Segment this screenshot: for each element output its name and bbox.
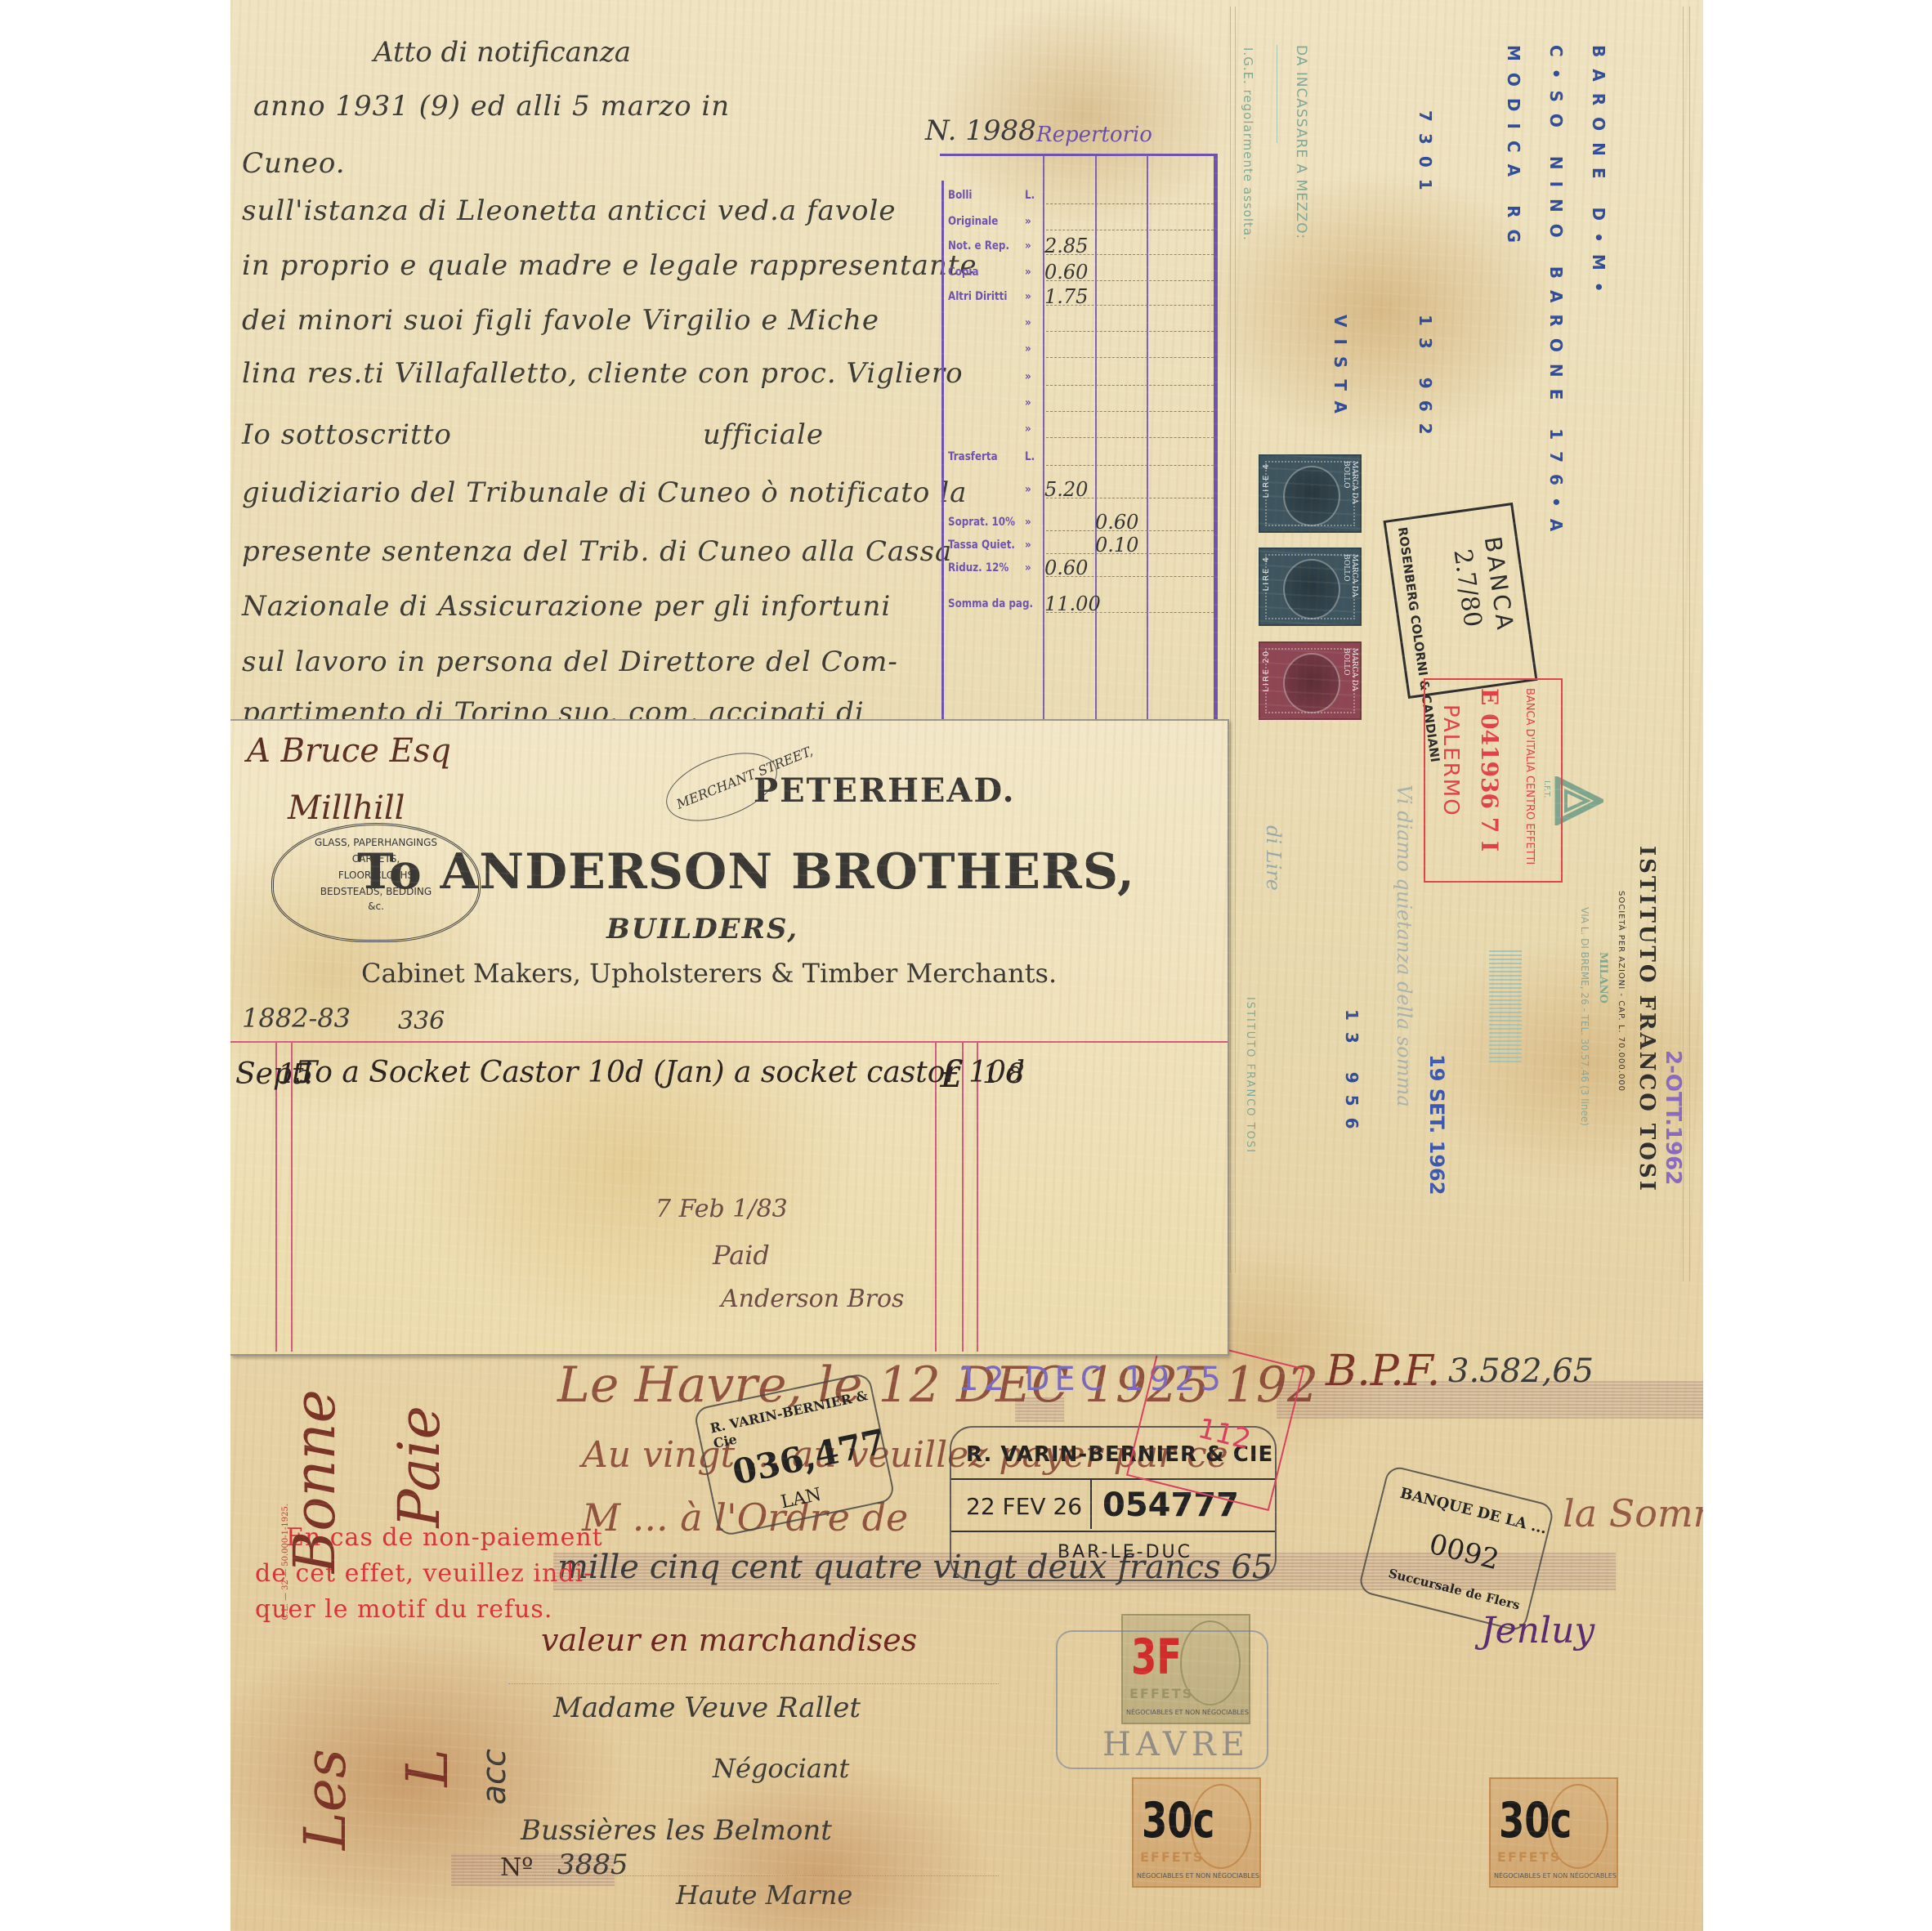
issuer-address: VIA L. DI BREME, 26 - TEL. 30.57.46 (3 l… [1579, 907, 1590, 1126]
bank-stamp: ROSENBERG COLORNI & CANDIANI 2.7/80 BANC… [1383, 503, 1537, 699]
document-collage: Atto di notificanza anno 1931 (9) ed all… [230, 0, 1703, 1931]
cheque-script: di Lire [1262, 825, 1285, 891]
receipt-signature: Anderson Bros [721, 1285, 904, 1313]
fiscal-stamp: 30cEFFETSNÉGOCIABLES ET NON NÉGOCIABLES [1489, 1777, 1618, 1888]
script-flourish: acc [476, 1749, 513, 1805]
letter-line: Cuneo. [242, 147, 346, 180]
letter-line: giudiziario del Tribunale di Cuneo ò not… [242, 476, 967, 509]
entry-currency: £ [940, 1052, 964, 1096]
firm-trade: BUILDERS, [606, 913, 798, 945]
fiscal-stamp: 30cEFFETSNÉGOCIABLES ET NON NÉGOCIABLES [1132, 1777, 1261, 1888]
repertorio-row-unit: » [1025, 342, 1031, 355]
repertorio-row-unit: » [1025, 422, 1031, 436]
letter-line: in proprio e quale madre e legale rappre… [242, 249, 977, 282]
repertorio-row-label: Originale [948, 215, 998, 228]
repertorio-form: N. 1988 Repertorio BolliL.Originale»Not.… [940, 147, 1223, 719]
letter-line: anno 1931 (9) ed alli 5 marzo in [253, 90, 730, 123]
script-flourish: Les [292, 1749, 359, 1850]
payee-line: C•SO NINO BARONE 176•A [1546, 45, 1566, 543]
red-stamp-top: BANCA D'ITALIA CENTRO EFFETTI [1523, 688, 1536, 865]
repertorio-row-unit: » [1025, 396, 1031, 409]
issuer-city: MILANO [1597, 952, 1609, 1003]
amount-label: B.P.F. [1326, 1347, 1440, 1396]
repertorio-number: N. 1988 [925, 114, 1036, 147]
repertorio-row-label: Trasferta [948, 450, 998, 463]
red-stamp-code: E 041936 7 I [1476, 688, 1503, 852]
letter-line: presente sentenza del Trib. di Cuneo all… [242, 535, 952, 568]
repertorio-row-unit: » [1025, 290, 1031, 303]
letter-line: lina res.ti Villafalletto, cliente con p… [242, 357, 964, 390]
payee-line: MODICA RG [1504, 45, 1523, 254]
vista-label: VISTA [1330, 315, 1350, 425]
repertorio-row-unit: » [1025, 266, 1031, 279]
portrait-icon [1283, 653, 1340, 713]
issuer-name: ISTITUTO FRANCO TOSI [1635, 846, 1659, 1193]
repertorio-row-unit: » [1025, 370, 1031, 383]
issuer-footer: ISTITUTO FRANCO TOSI [1244, 997, 1256, 1154]
drawee-town: Bussières les Belmont [521, 1814, 832, 1847]
signature: Jenluy [1481, 1610, 1594, 1652]
invoice-year: 1882-83 [242, 1003, 351, 1034]
effet-line: la Somme [1563, 1491, 1703, 1535]
repertorio-row-value: 0.10 [1095, 534, 1138, 557]
repertorio-row-unit: » [1025, 239, 1031, 253]
banque-stamp: BANQUE DE LA ... 0092 Succursale de Fler… [1357, 1464, 1555, 1633]
address: Millhill [288, 789, 405, 827]
town: PETERHEAD. [754, 771, 1016, 810]
repertorio-row-label: Soprat. 10% [948, 516, 1015, 529]
repertorio-row-value: 5.20 [1044, 478, 1088, 501]
repertorio-row-value: 0.60 [1044, 557, 1088, 579]
payee-line: BARONE D•M• [1589, 45, 1608, 304]
portrait-icon [1283, 559, 1340, 619]
drawee-name: Madame Veuve Rallet [553, 1692, 861, 1724]
letter-line: sull'istanza di Lleonetta anticci ved.a … [242, 194, 896, 227]
addressee: A Bruce Esq [247, 732, 451, 770]
letter-heading: Atto di notificanza [373, 36, 631, 69]
repertorio-row-unit: L. [1025, 450, 1035, 463]
amount-value: 3.582,65 [1448, 1352, 1594, 1390]
repertorio-row-label: Bolli [948, 189, 972, 202]
repertorio-row-unit: » [1025, 516, 1031, 529]
firm-name: To ANDERSON BROTHERS, [357, 843, 1135, 901]
havre-postmark: HAVRE [1056, 1630, 1268, 1769]
repertorio-row-value: 11.00 [1044, 592, 1101, 615]
date-stamp-blue: 19 SET. 1962 [1425, 1054, 1448, 1195]
entry-description: To a Socket Castor 10d (Jan) a socket ca… [297, 1056, 1025, 1089]
receipt-date: 7 Feb 1/83 [655, 1195, 788, 1223]
revenue-stamp: LIRE 20MARCA DA BOLLO [1259, 641, 1362, 720]
red-stamp: PALERMO E 041936 7 I BANCA D'ITALIA CENT… [1424, 678, 1563, 883]
bank-stamp-number: 2.7/80 [1447, 548, 1487, 629]
incassare-label: DA INCASSARE A MEZZO: [1293, 45, 1309, 239]
script-flourish: Bonne [281, 1389, 348, 1573]
red-stamp-city: PALERMO [1438, 704, 1463, 817]
receipt-paid: Paid [713, 1240, 770, 1271]
entry-pence: 8 [1007, 1057, 1025, 1090]
entry-shillings: 1 [982, 1057, 1000, 1090]
repertorio-row-label: Altri Diritti [948, 290, 1007, 303]
repertorio-row-unit: » [1025, 561, 1031, 574]
repertorio-row-label: Copia [948, 266, 979, 279]
revenue-stamp: LIRE 4MARCA DA BOLLO [1259, 548, 1362, 626]
repertorio-row-unit: » [1025, 316, 1031, 329]
repertorio-row-label: Riduz. 12% [948, 561, 1008, 574]
ige-note: I.G.E. regolarmente assolta. [1241, 47, 1255, 241]
repertorio-title: Repertorio [1036, 123, 1152, 147]
issuer-sub: SOCIETÀ PER AZIONI - CAP. L. 70.000.000 [1617, 891, 1626, 1092]
repertorio-row-value: 2.85 [1044, 235, 1088, 257]
drawee-region: Haute Marne [676, 1880, 852, 1911]
anderson-brothers-invoice: A Bruce Esq Millhill GLASS, PAPERHANGING… [230, 719, 1229, 1356]
date-stamp-purple: 2-OTT.1962 [1661, 1050, 1685, 1185]
repertorio-row-value: 0.60 [1095, 511, 1138, 534]
effet-number: 3885 [557, 1848, 628, 1881]
number-label: Nº [500, 1853, 533, 1882]
cheque-number-2: 13 956 [1342, 1009, 1362, 1141]
repertorio-row-unit: » [1025, 483, 1031, 496]
cheque-body-script: Vi diamo quietanza della somma [1393, 784, 1415, 1107]
letter-line: Nazionale di Assicurazione per gli infor… [242, 590, 891, 623]
invoice-ref: 336 [398, 1007, 445, 1035]
repertorio-row-label: Tassa Quiet. [948, 539, 1015, 552]
revenue-stamp: LIRE 4MARCA DA BOLLO [1259, 454, 1362, 533]
drawee-profession: Négociant [713, 1753, 849, 1784]
letter-line: Io sottoscritto ufficiale [242, 418, 824, 451]
cheque-number-1: 13 962 [1415, 315, 1435, 446]
repertorio-row-unit: L. [1025, 189, 1035, 202]
repertorio-row-value: 1.75 [1044, 285, 1088, 308]
repertorio-row-unit: » [1025, 539, 1031, 552]
firm-trades: Cabinet Makers, Upholsterers & Timber Me… [361, 958, 1057, 989]
repertorio-row-value: 0.60 [1044, 261, 1088, 284]
letter-line: sul lavoro in persona del Direttore del … [242, 646, 898, 678]
repertorio-row-label: Somma da pag. [948, 597, 1033, 610]
repertorio-row-label: Not. e Rep. [948, 239, 1009, 253]
repertorio-row-unit: » [1025, 215, 1031, 228]
repertorio-table: BolliL.Originale»Not. e Rep.»2.85Copia»0… [940, 154, 1218, 720]
portrait-icon [1283, 466, 1340, 526]
script-flourish: L [394, 1749, 461, 1786]
script-flourish: Paie [386, 1406, 453, 1528]
letter-line: dei minori suoi figli favole Virgilio e … [242, 304, 879, 337]
cheque-code: 7301 [1415, 110, 1435, 202]
